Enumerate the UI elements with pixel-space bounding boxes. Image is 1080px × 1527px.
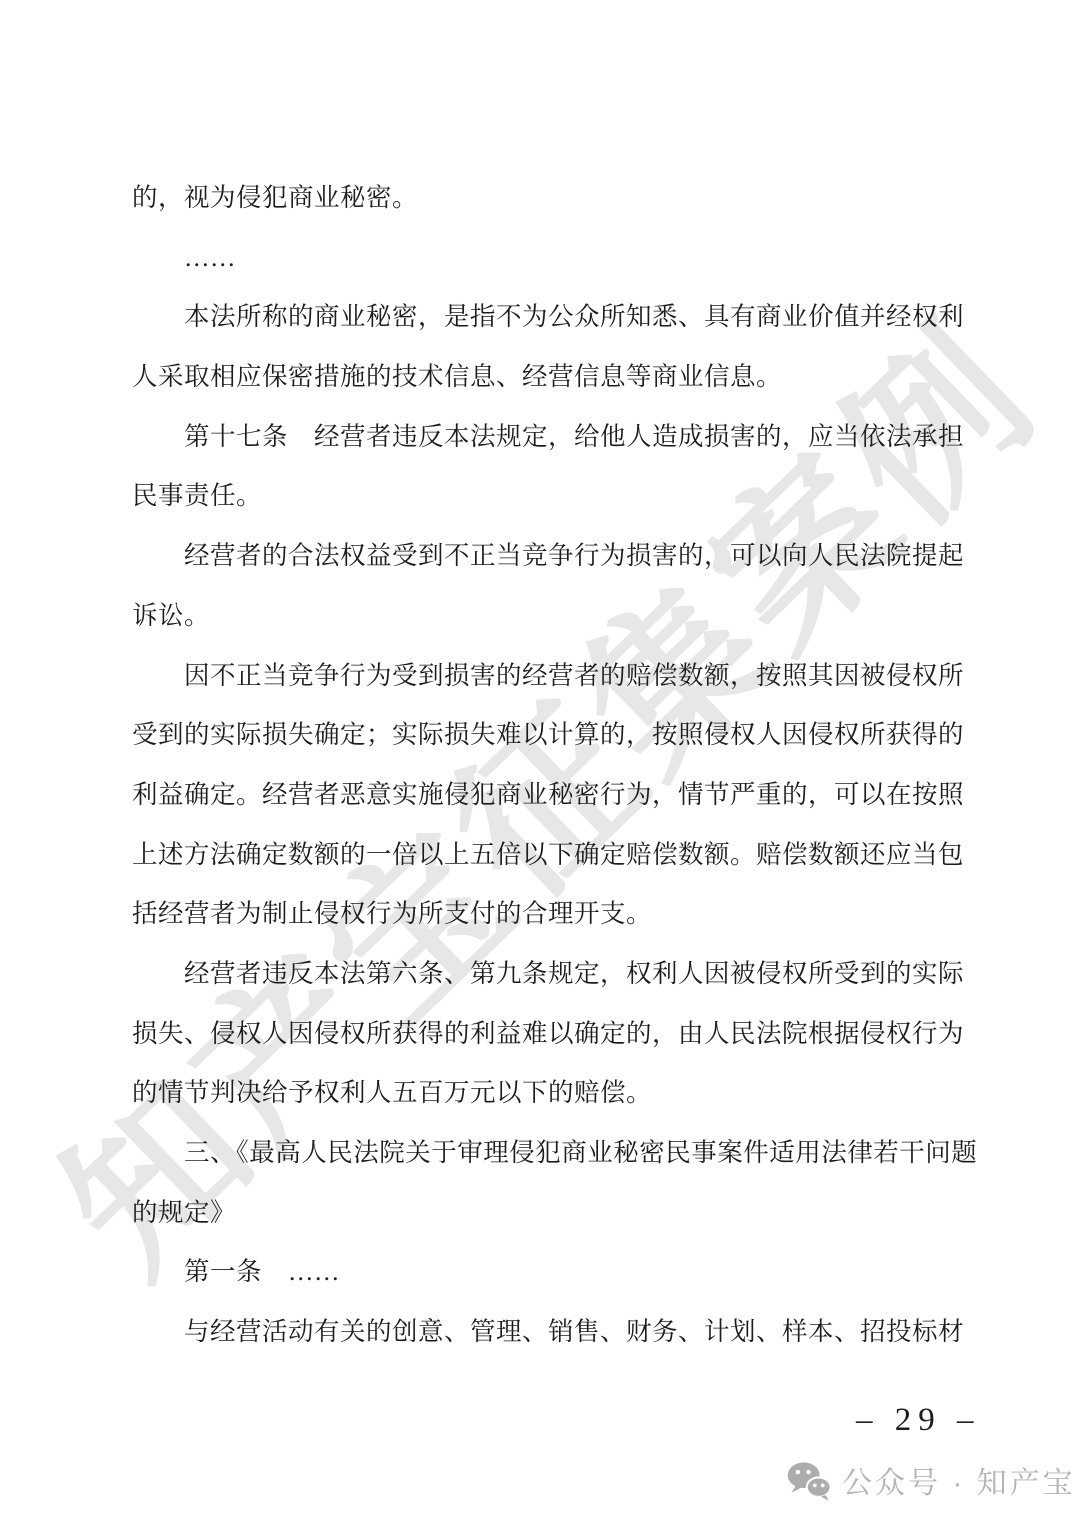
text-line: 受到的实际损失确定；实际损失难以计算的，按照侵权人因侵权所获得的	[132, 705, 962, 765]
text-line: 民事责任。	[132, 466, 962, 526]
text-line: 第一条 ……	[132, 1242, 962, 1302]
text-line: 经营者违反本法第六条、第九条规定，权利人因被侵权所受到的实际	[132, 944, 962, 1004]
wechat-account-label: 公众号 · 知产宝	[842, 1458, 1076, 1502]
text-line: 人采取相应保密措施的技术信息、经营信息等商业信息。	[132, 347, 962, 407]
text-line: 利益确定。经营者恶意实施侵犯商业秘密行为，情节严重的，可以在按照	[132, 765, 962, 825]
wechat-icon	[786, 1460, 832, 1501]
text-line: 的规定》	[132, 1183, 962, 1243]
scanned-legal-document-page: 知产宝征集案例 的，视为侵犯商业秘密。 …… 本法所称的商业秘密，是指不为公众所…	[0, 0, 1080, 1527]
text-line: 本法所称的商业秘密，是指不为公众所知悉、具有商业价值并经权利	[132, 287, 962, 347]
text-line: 括经营者为制止侵权行为所支付的合理开支。	[132, 884, 962, 944]
document-body: 的，视为侵犯商业秘密。 …… 本法所称的商业秘密，是指不为公众所知悉、具有商业价…	[132, 168, 962, 1362]
footer: 公众号 · 知产宝	[786, 1458, 1076, 1502]
text-line: 经营者的合法权益受到不正当竞争行为损害的，可以向人民法院提起	[132, 526, 962, 586]
text-line: ……	[132, 228, 962, 288]
page-number: – 29 –	[856, 1402, 981, 1439]
text-line: 三、《最高人民法院关于审理侵犯商业秘密民事案件适用法律若干问题	[132, 1123, 962, 1183]
text-line: 因不正当竞争行为受到损害的经营者的赔偿数额，按照其因被侵权所	[132, 646, 962, 706]
text-line: 的情节判决给予权利人五百万元以下的赔偿。	[132, 1063, 962, 1123]
text-line: 诉讼。	[132, 586, 962, 646]
text-line: 损失、侵权人因侵权所获得的利益难以确定的，由人民法院根据侵权行为	[132, 1004, 962, 1064]
text-line: 上述方法确定数额的一倍以上五倍以下确定赔偿数额。赔偿数额还应当包	[132, 825, 962, 885]
text-line: 与经营活动有关的创意、管理、销售、财务、计划、样本、招投标材	[132, 1302, 962, 1362]
text-line: 的，视为侵犯商业秘密。	[132, 168, 962, 228]
text-line: 第十七条 经营者违反本法规定，给他人造成损害的，应当依法承担	[132, 407, 962, 467]
